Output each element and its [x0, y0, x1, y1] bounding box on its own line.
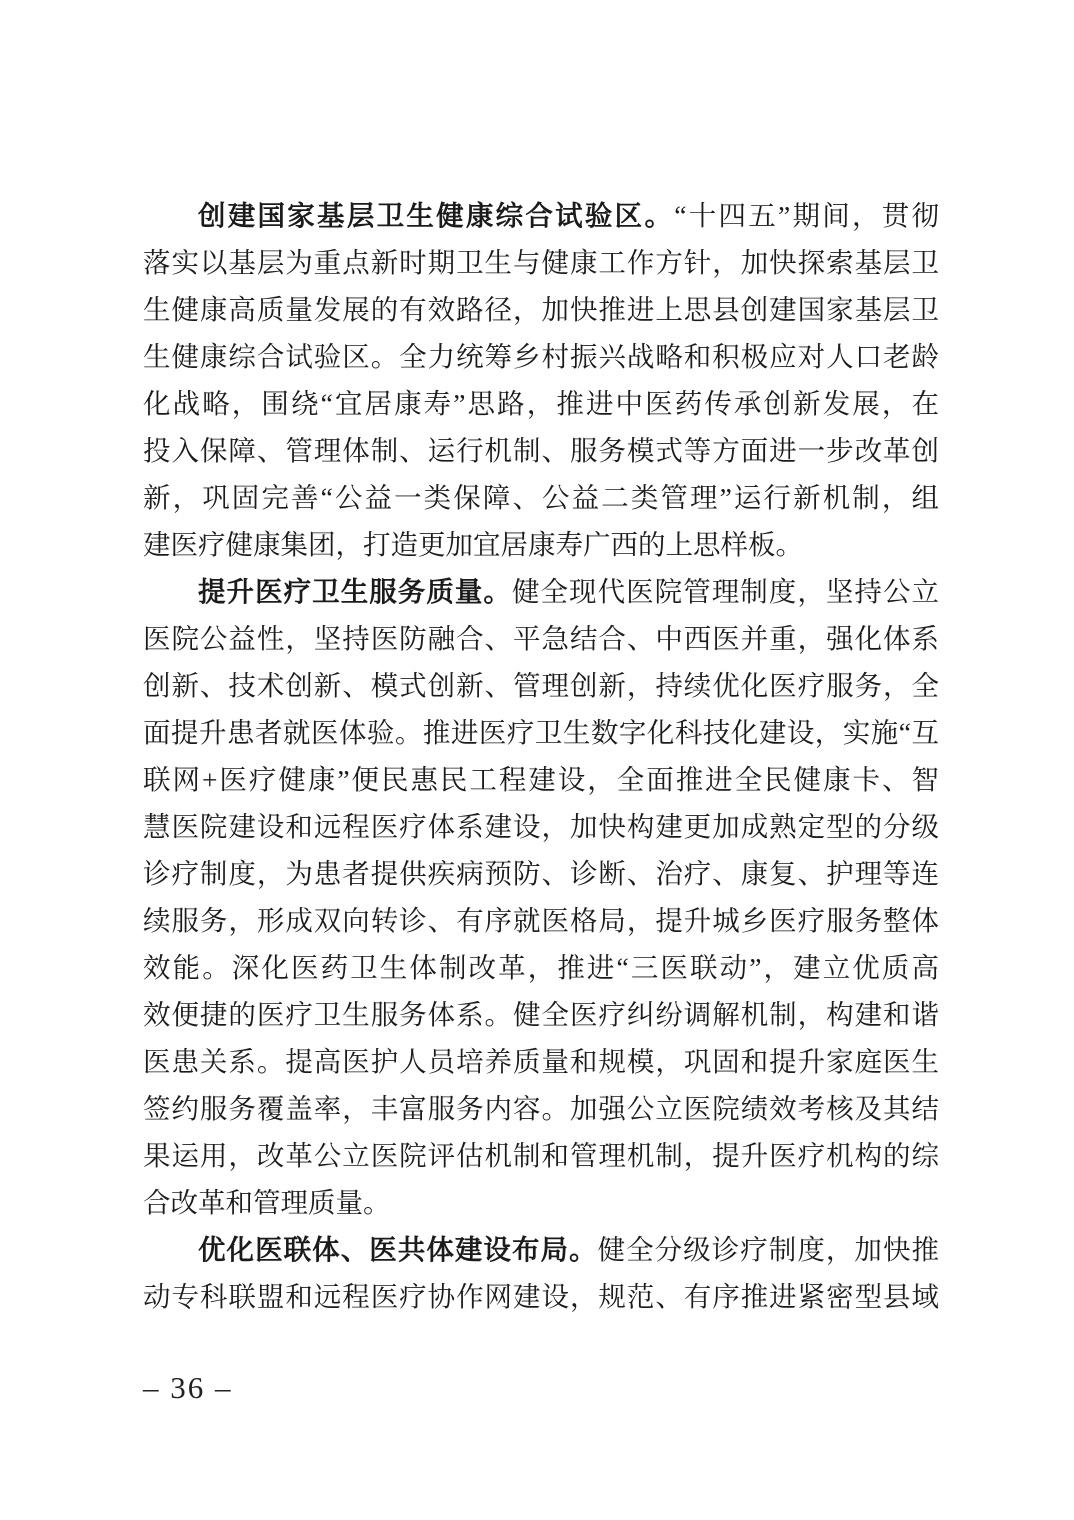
paragraph-3-lead: 优化医联体、医共体建设布局。 — [198, 1234, 598, 1265]
paragraph-2-line: 效便捷的医疗卫生服务体系。健全医疗纠纷调解机制，构建和谐 — [143, 991, 939, 1038]
paragraph-3-line: 动专科联盟和远程医疗协作网建设，规范、有序推进紧密型县域 — [143, 1273, 939, 1320]
paragraph-2-line: 面提升患者就医体验。推进医疗卫生数字化科技化建设，实施“互 — [143, 709, 939, 756]
paragraph-1-line: 化战略，围绕“宜居康寿”思路，推进中医药传承创新发展，在 — [143, 380, 939, 427]
paragraph-1-first-rest: “十四五”期间，贯彻 — [674, 200, 939, 231]
paragraph-2-line: 慧医院建设和远程医疗体系建设，加快构建更加成熟定型的分级 — [143, 803, 939, 850]
document-page: 创建国家基层卫生健康综合试验区。“十四五”期间，贯彻 落实以基层为重点新时期卫生… — [0, 0, 1074, 1520]
text-block: 创建国家基层卫生健康综合试验区。“十四五”期间，贯彻 落实以基层为重点新时期卫生… — [143, 192, 939, 1320]
paragraph-2-line: 诊疗制度，为患者提供疾病预防、诊断、治疗、康复、护理等连 — [143, 850, 939, 897]
paragraph-2-line: 医院公益性，坚持医防融合、平急结合、中西医并重，强化体系 — [143, 615, 939, 662]
paragraph-2-line: 医患关系。提高医护人员培养质量和规模，巩固和提升家庭医生 — [143, 1038, 939, 1085]
paragraph-2-lead: 提升医疗卫生服务质量。 — [198, 576, 512, 607]
paragraph-2-line: 提升医疗卫生服务质量。健全现代医院管理制度，坚持公立 — [143, 568, 939, 615]
paragraph-2-line: 联网+医疗健康”便民惠民工程建设，全面推进全民健康卡、智 — [143, 756, 939, 803]
paragraph-1-lead: 创建国家基层卫生健康综合试验区。 — [198, 200, 674, 231]
paragraph-2-line: 果运用，改革公立医院评估机制和管理机制，提升医疗机构的综 — [143, 1132, 939, 1179]
paragraph-1-line: 落实以基层为重点新时期卫生与健康工作方针，加快探索基层卫 — [143, 239, 939, 286]
paragraph-2-line: 续服务，形成双向转诊、有序就医格局，提升城乡医疗服务整体 — [143, 897, 939, 944]
paragraph-2-line: 效能。深化医药卫生体制改革，推进“三医联动”，建立优质高 — [143, 944, 939, 991]
paragraph-3-line: 优化医联体、医共体建设布局。健全分级诊疗制度，加快推 — [143, 1226, 939, 1273]
paragraph-1-line: 建医疗健康集团，打造更加宜居康寿广西的上思样板。 — [143, 521, 939, 568]
paragraph-3-first-rest: 健全分级诊疗制度，加快推 — [598, 1234, 939, 1265]
paragraph-2-line: 合改革和管理质量。 — [143, 1179, 939, 1226]
paragraph-1-line: 投入保障、管理体制、运行机制、服务模式等方面进一步改革创 — [143, 427, 939, 474]
paragraph-2-line: 创新、技术创新、模式创新、管理创新，持续优化医疗服务，全 — [143, 662, 939, 709]
paragraph-2-line: 签约服务覆盖率，丰富服务内容。加强公立医院绩效考核及其结 — [143, 1085, 939, 1132]
paragraph-1-line: 创建国家基层卫生健康综合试验区。“十四五”期间，贯彻 — [143, 192, 939, 239]
paragraph-1-line: 生健康高质量发展的有效路径，加快推进上思县创建国家基层卫 — [143, 286, 939, 333]
page-number: – 36 – — [143, 1370, 233, 1406]
paragraph-1-line: 新，巩固完善“公益一类保障、公益二类管理”运行新机制，组 — [143, 474, 939, 521]
paragraph-1-line: 生健康综合试验区。全力统筹乡村振兴战略和积极应对人口老龄 — [143, 333, 939, 380]
paragraph-2-first-rest: 健全现代医院管理制度，坚持公立 — [512, 576, 939, 607]
